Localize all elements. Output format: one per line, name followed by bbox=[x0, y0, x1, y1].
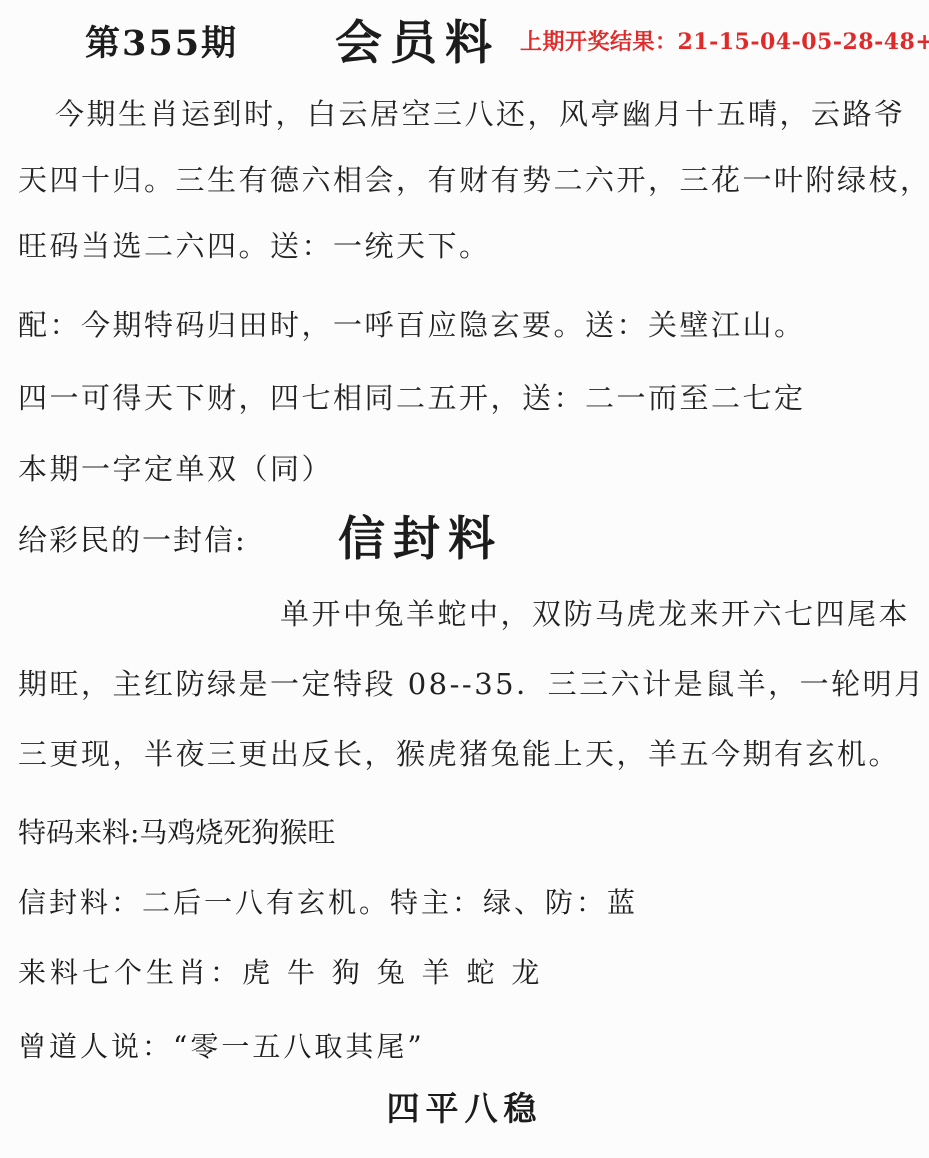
letter-label: 给彩民的一封信: bbox=[18, 518, 247, 559]
page-title: 会员料 bbox=[335, 6, 500, 73]
letter-body-line: 期旺，主红防绿是一定特段 08--35．三三六计是鼠羊，一轮明月 bbox=[18, 662, 926, 703]
tip-sheet-page: 第355期 会员料 上期开奖结果：21-15-04-05-28-48+30 今期… bbox=[0, 0, 929, 1158]
issue-number: 第355期 bbox=[85, 16, 238, 66]
envelope-material-line: 信封料：二后一八有玄机。特主：绿、防：蓝 bbox=[18, 881, 638, 921]
verse-paragraph-line: 今期生肖运到时，白云居空三八还，风亭幽月十五晴，云路爷 bbox=[55, 92, 906, 133]
letter-title: 信封料 bbox=[338, 502, 503, 569]
single-double-line: 本期一字定单双（同） bbox=[18, 447, 333, 488]
special-code-line: 特码来料:马鸡烧死狗猴旺 bbox=[18, 811, 335, 851]
zodiac-line: 来料七个生肖：虎 牛 狗 兔 羊 蛇 龙 bbox=[18, 951, 543, 991]
pairing-line: 配：今期特码归田时，一呼百应隐玄要。送：关壁江山。 bbox=[18, 303, 806, 344]
verse-paragraph-line: 天四十归。三生有德六相会，有财有势二六开，三花一叶附绿枝， bbox=[18, 158, 929, 199]
verse-paragraph-line: 旺码当选二六四。送：一统天下。 bbox=[18, 224, 491, 265]
zengdaoren-quote-line: 曾道人说：“零一五八取其尾” bbox=[18, 1025, 425, 1065]
letter-body-line: 单开中兔羊蛇中，双防马虎龙来开六七四尾本 bbox=[280, 592, 910, 633]
footer-motto: 四平八稳 bbox=[0, 1083, 929, 1130]
numbers-line: 四一可得天下财，四七相同二五开，送：二一而至二七定 bbox=[18, 376, 806, 417]
letter-body-line: 三更现，半夜三更出反长，猴虎猪兔能上天，羊五今期有玄机。 bbox=[18, 732, 900, 773]
previous-draw-result: 上期开奖结果：21-15-04-05-28-48+30 bbox=[520, 25, 929, 56]
